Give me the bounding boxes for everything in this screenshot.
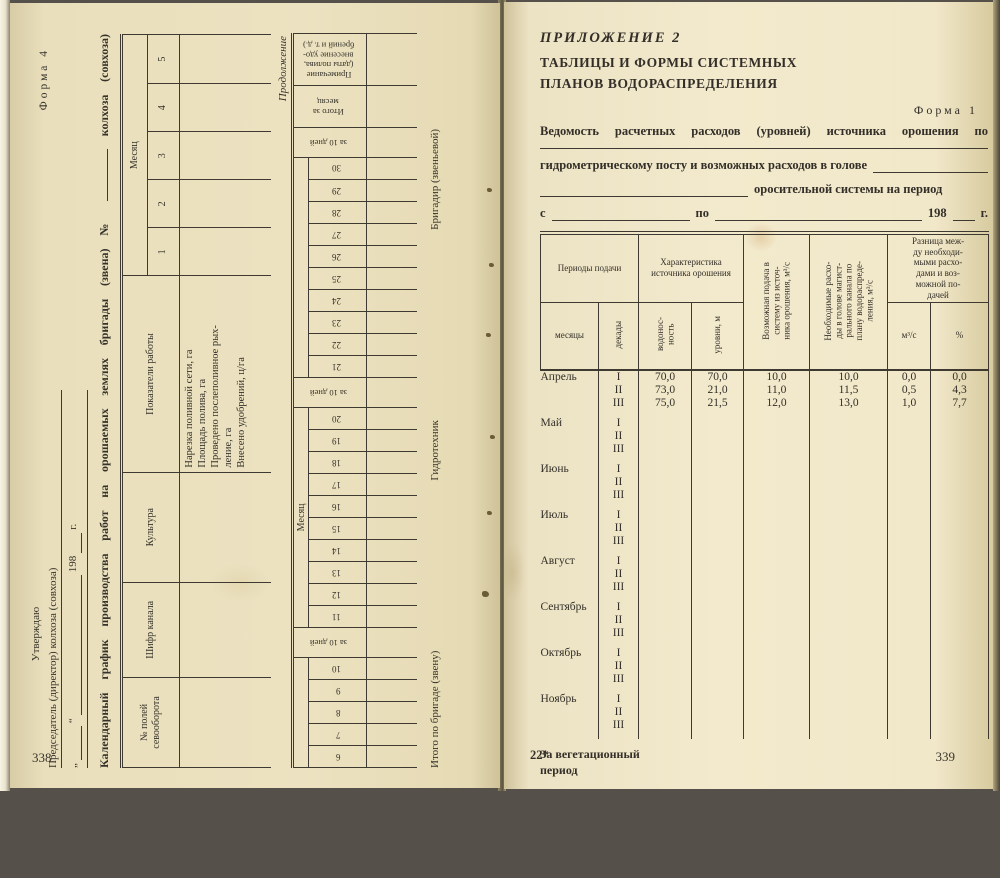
value-line: [692, 706, 743, 719]
value-line: [810, 509, 887, 522]
value-line: [888, 443, 930, 456]
value-line: [888, 522, 930, 535]
empty-cell: [367, 473, 417, 495]
value-cell: [931, 463, 989, 509]
value-line: [744, 660, 809, 673]
day-column-header: 5: [147, 35, 179, 84]
value-line: [810, 706, 887, 719]
empty-cell: [367, 245, 417, 267]
empty-cell: [367, 127, 417, 157]
system-name-blank: [540, 184, 748, 197]
value-cell: [639, 463, 692, 509]
value-line: 1,0: [888, 397, 930, 410]
indicators-cell: Нарезка поливной сети, гаПлощадь полива,…: [179, 276, 271, 472]
value-line: [931, 660, 988, 673]
decade-label: I: [599, 463, 638, 476]
value-cell: [888, 647, 931, 693]
value-line: 4,3: [931, 384, 988, 397]
empty-cell: [367, 289, 417, 311]
decades-cell: IIIIII: [599, 601, 639, 647]
value-cell: [810, 417, 888, 463]
indicator-line: Нарезка поливной сети, га: [183, 278, 196, 467]
day-number: 9: [336, 685, 341, 695]
value-line: [744, 443, 809, 456]
empty-cell: [367, 627, 417, 657]
value-line: 0,0: [888, 371, 930, 384]
period-to-blank: [715, 208, 922, 221]
value-line: [810, 601, 887, 614]
month-name: Июль: [541, 509, 599, 555]
blank-rule: [540, 148, 988, 149]
form-label: Форма 4: [38, 48, 88, 110]
value-line: [931, 581, 988, 594]
day-column-header: 1: [147, 228, 179, 276]
value-line: [744, 693, 809, 706]
empty-cell: [367, 539, 417, 561]
value-line: [639, 581, 691, 594]
value-line: [744, 673, 809, 686]
day-column-header: 13: [309, 561, 367, 583]
value-cell: [888, 601, 931, 647]
value-line: [888, 568, 930, 581]
value-line: [931, 463, 988, 476]
value-line: [888, 693, 930, 706]
empty-cell: [367, 333, 417, 355]
col-header-diff-percent: %: [931, 302, 989, 370]
col-header-field-number: № полей севооборота: [121, 677, 179, 767]
period-from-blank: [552, 208, 690, 221]
vegetation-period-label: За вегетационный период: [540, 747, 988, 778]
value-line: [888, 555, 930, 568]
value-line: 0,5: [888, 384, 930, 397]
day-number: 16: [332, 501, 341, 511]
value-line: [931, 509, 988, 522]
signature-rule: [61, 390, 62, 768]
form-title-part1: Календарный график производства работ на…: [97, 214, 111, 768]
value-cell: [692, 693, 744, 739]
value-line: 13,0: [810, 397, 887, 410]
month-row: НоябрьIIIIII: [541, 693, 989, 739]
decade-label: I: [599, 601, 638, 614]
value-line: [810, 614, 887, 627]
decade-label: I: [599, 371, 638, 384]
month-name: Октябрь: [541, 647, 599, 693]
printer-signature-mark: 22*: [530, 748, 549, 763]
value-line: [744, 509, 809, 522]
empty-cell: [367, 451, 417, 473]
paper-speck: [482, 591, 489, 597]
appendix-label: ПРИЛОЖЕНИЕ 2: [540, 30, 988, 47]
schedule-table-part2: за 10 днейМесяцза 10 днейза 10 днейИтого…: [291, 33, 417, 768]
empty-cell: [367, 746, 417, 768]
value-line: [639, 627, 691, 640]
value-line: [931, 614, 988, 627]
day-column-header: 17: [309, 473, 367, 495]
value-line: [744, 614, 809, 627]
day-number: 11: [332, 611, 341, 621]
empty-cell: [367, 33, 417, 85]
quote-close: “: [65, 718, 82, 723]
value-line: [810, 568, 887, 581]
value-line: [639, 417, 691, 430]
decade-label: III: [599, 443, 638, 456]
appendix-title-line1: ТАБЛИЦЫ И ФОРМЫ СИСТЕМНЫХ: [540, 53, 988, 74]
decade-label: III: [599, 719, 638, 732]
value-line: [810, 555, 887, 568]
intro-line3-text: оросительной системы на период: [754, 182, 942, 197]
value-cell: [888, 463, 931, 509]
water-flow-table: Периоды подачи Характеристика источника …: [540, 231, 989, 739]
value-cell: [744, 555, 810, 601]
value-line: [931, 443, 988, 456]
day-number: 23: [332, 317, 341, 327]
value-line: [639, 509, 691, 522]
value-line: [744, 463, 809, 476]
value-line: [931, 489, 988, 502]
value-cell: [639, 555, 692, 601]
schedule-table-part1: № полей севооборота Шифр канала Культура…: [120, 34, 272, 768]
paper-speck: [490, 435, 495, 439]
empty-cell: [179, 132, 271, 180]
empty-cell: [367, 267, 417, 289]
date-blank: [69, 726, 82, 760]
day-number: 29: [332, 185, 341, 195]
form-title-part2: колхоза (совхоза): [97, 34, 111, 136]
col-header-canal-code: Шифр канала: [121, 582, 179, 677]
value-line: [931, 535, 988, 548]
empty-cell: [179, 35, 271, 84]
decade-label: II: [599, 706, 638, 719]
value-line: [931, 673, 988, 686]
day-number: 30: [332, 163, 341, 173]
value-line: 21,5: [692, 397, 743, 410]
note-header: Примечание(даты полива,внесение удо-брен…: [303, 40, 354, 79]
indicator-line: Проведено послеполивное рых-: [209, 278, 222, 467]
form-4-rotated: Утверждаю Председатель (директор) колхоз…: [28, 34, 476, 768]
intro-blank: [873, 160, 988, 173]
value-line: [692, 601, 743, 614]
group-source-characteristics: Характеристика источника орошения: [639, 233, 744, 302]
value-line: [692, 443, 743, 456]
value-line: [692, 430, 743, 443]
value-line: [692, 522, 743, 535]
value-line: [888, 430, 930, 443]
month-row: АвгустIIIIII: [541, 555, 989, 601]
value-line: [692, 509, 743, 522]
day-number: 25: [332, 273, 341, 283]
day-column-header: 9: [309, 680, 367, 702]
month-blank: [69, 575, 82, 715]
empty-cell: [179, 472, 271, 582]
decade-label: III: [599, 489, 638, 502]
value-cell: 0,04,37,7: [931, 370, 989, 417]
value-line: [639, 535, 691, 548]
day-column-header: 14: [309, 539, 367, 561]
value-line: [692, 693, 743, 706]
col-header-months: месяцы: [541, 302, 599, 370]
value-cell: [692, 417, 744, 463]
value-line: [744, 568, 809, 581]
book-edge-left: [0, 0, 10, 791]
intro-line4: с по 198 г.: [540, 206, 988, 221]
decade-total-header: за 10 дней: [293, 627, 367, 657]
day-number: 13: [332, 567, 341, 577]
group-supply-periods: Периоды подачи: [541, 233, 639, 302]
value-line: [692, 476, 743, 489]
value-line: 0,0: [931, 371, 988, 384]
appendix-title-line2: ПЛАНОВ ВОДОРАСПРЕДЕЛЕНИЯ: [540, 74, 988, 95]
value-line: [931, 555, 988, 568]
value-cell: [931, 693, 989, 739]
decade-label: II: [599, 430, 638, 443]
value-line: [888, 417, 930, 430]
decade-label: II: [599, 476, 638, 489]
decade-label: II: [599, 384, 638, 397]
value-line: [639, 443, 691, 456]
day-column-header: 15: [309, 517, 367, 539]
value-cell: [744, 601, 810, 647]
empty-cell: [367, 495, 417, 517]
decade-total-header: за 10 дней: [310, 387, 347, 397]
day-column-header: 23: [309, 311, 367, 333]
value-line: [810, 417, 887, 430]
empty-cell: [179, 228, 271, 276]
intro-line1: Ведомость расчетных расходов (уровней) и…: [540, 124, 988, 139]
indicator-line: Площадь полива, га: [196, 278, 209, 467]
intro-line3: оросительной системы на период: [540, 182, 988, 197]
value-line: [639, 673, 691, 686]
day-column-header: 7: [309, 724, 367, 746]
decades-cell: IIIIII: [599, 647, 639, 693]
decade-total-header: за 10 дней: [310, 638, 347, 648]
month-row: ИюньIIIIII: [541, 463, 989, 509]
period-to-label: по: [696, 206, 709, 221]
empty-cell: [367, 605, 417, 627]
value-cell: [931, 647, 989, 693]
col-header-crop: Культура: [121, 472, 179, 582]
day-column-header: 12: [309, 583, 367, 605]
day-number: 12: [332, 589, 341, 599]
value-line: 11,0: [744, 384, 809, 397]
value-line: [810, 476, 887, 489]
day-number: 14: [332, 545, 341, 555]
value-line: [888, 660, 930, 673]
empty-cell: [367, 407, 417, 429]
value-cell: [639, 647, 692, 693]
value-line: [744, 489, 809, 502]
value-line: [931, 522, 988, 535]
paper-stain: [500, 542, 526, 602]
value-line: [810, 719, 887, 732]
value-cell: [810, 601, 888, 647]
value-cell: [692, 647, 744, 693]
value-line: [744, 647, 809, 660]
day-column-header: 29: [309, 179, 367, 201]
value-line: [888, 673, 930, 686]
empty-cell: [367, 561, 417, 583]
decades-cell: IIIIII: [599, 417, 639, 463]
day-number: 7: [336, 729, 341, 739]
col-header-indicators: Показатели работы: [121, 276, 179, 472]
value-cell: [931, 417, 989, 463]
indicator-line: Внесено удобрений, ц/га: [235, 278, 248, 467]
value-cell: [810, 693, 888, 739]
day-number: 27: [332, 229, 341, 239]
day-column-header: 10: [309, 657, 367, 679]
empty-cell: [179, 84, 271, 132]
page-number-right: 339: [936, 749, 956, 765]
value-line: [744, 555, 809, 568]
value-line: [639, 463, 691, 476]
day-column-header: 3: [147, 132, 179, 180]
value-line: [810, 535, 887, 548]
value-line: [888, 463, 930, 476]
day-number: 6: [336, 751, 341, 761]
continuation-label: Продолжение: [277, 36, 289, 768]
value-line: [744, 601, 809, 614]
year-prefix: 198: [65, 556, 82, 573]
empty-cell: [367, 680, 417, 702]
value-line: 75,0: [639, 397, 691, 410]
value-line: [639, 555, 691, 568]
value-line: [888, 601, 930, 614]
empty-cell: [367, 311, 417, 333]
empty-cell: [367, 657, 417, 679]
month-row: СентябрьIIIIII: [541, 601, 989, 647]
value-line: [810, 673, 887, 686]
value-line: [639, 489, 691, 502]
day-column-header: 30: [309, 157, 367, 179]
value-line: 11,5: [810, 384, 887, 397]
decades-cell: IIIIII: [599, 555, 639, 601]
value-line: 70,0: [692, 371, 743, 384]
decade-label: III: [599, 673, 638, 686]
day-number: 18: [332, 457, 341, 467]
period-year: 198: [928, 206, 947, 221]
value-line: [888, 489, 930, 502]
value-cell: 70,073,075,0: [639, 370, 692, 417]
value-line: [888, 706, 930, 719]
period-year-blank: [953, 208, 975, 221]
value-line: [931, 568, 988, 581]
day-number: 28: [332, 207, 341, 217]
decades-cell: IIIIII: [599, 509, 639, 555]
value-cell: 10,011,012,0: [744, 370, 810, 417]
decade-label: I: [599, 555, 638, 568]
value-cell: [639, 509, 692, 555]
month-name: Апрель: [541, 370, 599, 417]
value-line: [692, 614, 743, 627]
value-cell: [692, 555, 744, 601]
year-suffix: г.: [65, 524, 82, 530]
value-line: [810, 581, 887, 594]
quote-open: „: [65, 763, 82, 768]
value-cell: [931, 509, 989, 555]
decade-label: II: [599, 568, 638, 581]
value-line: [888, 627, 930, 640]
value-cell: [888, 509, 931, 555]
value-line: [692, 417, 743, 430]
value-line: [931, 693, 988, 706]
signature-brigadier: Бригадир (звеньевой): [429, 129, 441, 230]
value-line: [888, 614, 930, 627]
approval-date-line: „ “ 198 г.: [65, 390, 82, 768]
decades-cell: IIIIII: [599, 370, 639, 417]
decade-label: III: [599, 535, 638, 548]
value-line: [639, 706, 691, 719]
value-line: 21,0: [692, 384, 743, 397]
value-line: [810, 660, 887, 673]
value-line: 10,0: [810, 371, 887, 384]
col-header-diff-m3s: м³/с: [888, 302, 931, 370]
value-line: [744, 706, 809, 719]
empty-cell: [367, 179, 417, 201]
period-from-label: с: [540, 206, 546, 221]
value-line: [639, 430, 691, 443]
decade-label: III: [599, 627, 638, 640]
empty-cell: [179, 677, 271, 767]
day-column-header: 22: [309, 333, 367, 355]
decade-total-header: за 10 дней: [293, 377, 367, 407]
value-line: 73,0: [639, 384, 691, 397]
value-cell: [744, 509, 810, 555]
month-row: ОктябрьIIIIII: [541, 647, 989, 693]
value-line: [692, 581, 743, 594]
value-line: [931, 476, 988, 489]
form-header: Утверждаю Председатель (директор) колхоз…: [28, 34, 88, 768]
intro-line2: гидрометрическому посту и возможных расх…: [540, 158, 988, 173]
value-line: [810, 627, 887, 640]
value-line: [931, 417, 988, 430]
value-line: [692, 660, 743, 673]
value-line: [888, 509, 930, 522]
day-column-header: 4: [147, 84, 179, 132]
col-header-required-flow: Необходимые расхо-ды в голове магист-рал…: [810, 233, 888, 370]
group-difference: Разница меж-ду необходи-мыми расхо-дами …: [888, 233, 989, 302]
value-line: [692, 568, 743, 581]
brigade-number-blank: [97, 149, 108, 201]
decade-label: II: [599, 660, 638, 673]
value-line: [639, 660, 691, 673]
paper-speck: [487, 188, 492, 192]
value-line: [692, 627, 743, 640]
empty-cell: [179, 582, 271, 677]
month-row: АпрельIIIIII70,073,075,070,021,021,510,0…: [541, 370, 989, 417]
empty-cell: [367, 517, 417, 539]
value-line: [744, 535, 809, 548]
day-column-header: 27: [309, 223, 367, 245]
decade-total-header: за 10 дней: [293, 127, 367, 157]
approval-block: Утверждаю Председатель (директор) колхоз…: [28, 390, 88, 768]
decade-label: II: [599, 614, 638, 627]
day-column-header: 16: [309, 495, 367, 517]
day-column-header: 28: [309, 201, 367, 223]
day-column-header: 18: [309, 451, 367, 473]
value-line: [931, 627, 988, 640]
appendix-title: ТАБЛИЦЫ И ФОРМЫ СИСТЕМНЫХ ПЛАНОВ ВОДОРАС…: [540, 53, 988, 95]
value-line: [931, 719, 988, 732]
value-cell: [888, 693, 931, 739]
right-page-content: ПРИЛОЖЕНИЕ 2 ТАБЛИЦЫ И ФОРМЫ СИСТЕМНЫХ П…: [540, 30, 988, 778]
value-line: [931, 601, 988, 614]
value-line: [744, 430, 809, 443]
value-line: [744, 719, 809, 732]
note-header: Примечание(даты полива,внесение удо-брен…: [293, 33, 367, 85]
value-line: [888, 647, 930, 660]
form-title: Календарный график производства работ на…: [97, 34, 112, 768]
day-column-header: 20: [309, 407, 367, 429]
indicator-line: ление, га: [222, 278, 235, 467]
